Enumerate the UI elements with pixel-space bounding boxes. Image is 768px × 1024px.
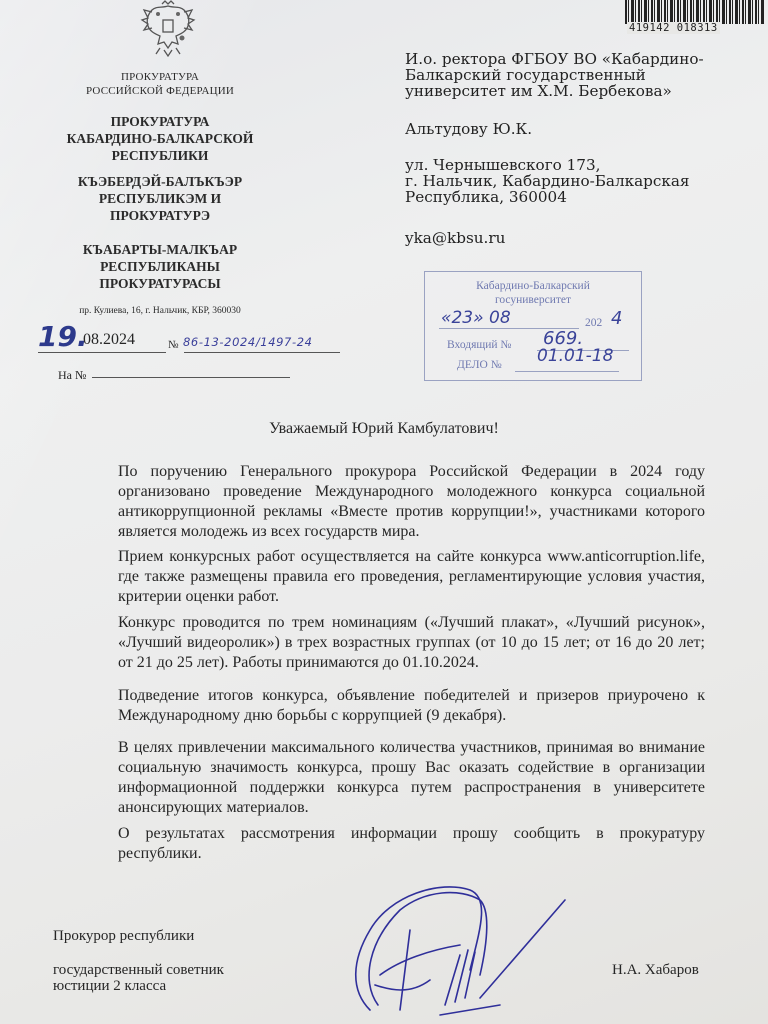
org-regional-blk-line1: КЪАБАРТЫ-МАЛКЪАР — [30, 241, 290, 258]
recipient-line3: университет им Х.М. Бербекова» — [405, 83, 704, 99]
stamp-case-label: ДЕЛО № — [457, 358, 527, 372]
org-regional-kab-line1: КЪЭБЕРДЭЙ-БАЛЪКЪЭР — [30, 173, 290, 190]
org-regional-ru-line2: КАБАРДИНО-БАЛКАРСКОЙ — [30, 130, 290, 147]
incoming-stamp: Кабардино-Балкарский госуниверситет «23»… — [424, 271, 642, 381]
paragraph-6-text: О результатах рассмотрения информации пр… — [55, 824, 705, 864]
stamp-org-line1: Кабардино-Балкарский — [425, 279, 641, 293]
number-sign: № — [168, 339, 179, 351]
paragraph-5: В целях привлечении максимального количе… — [55, 738, 705, 818]
stamp-case-underline — [515, 371, 619, 372]
recipient-line1: И.о. ректора ФГБОУ ВО «Кабардино- — [405, 51, 704, 67]
paragraph-3: Конкурс проводится по трем номинациям («… — [55, 613, 705, 673]
outgoing-number-handwritten: 86-13-2024/1497-24 — [183, 335, 313, 349]
recipient-name: Альтудову Ю.К. — [405, 121, 532, 137]
barcode — [625, 0, 765, 24]
signer-rank-line1: государственный советник — [53, 962, 224, 978]
stamp-case-number: 01.01-18 — [537, 346, 613, 366]
org-regional-ru-line3: РЕСПУБЛИКИ — [30, 147, 290, 164]
signer-rank-line2: юстиции 2 класса — [53, 978, 224, 994]
paragraph-3-text: Конкурс проводится по трем номинациям («… — [55, 613, 705, 673]
org-federal-line1: ПРОКУРАТУРА — [30, 70, 290, 84]
reply-to-underline — [92, 362, 290, 378]
org-regional-kab-line3: ПРОКУРАТУРЭ — [30, 207, 290, 224]
org-federal-line2: РОССИЙСКОЙ ФЕДЕРАЦИИ — [30, 84, 290, 98]
date-month-year: 08.2024 — [83, 331, 135, 349]
paragraph-4-text: Подведение итогов конкурса, объявление п… — [55, 686, 705, 726]
paragraph-1-text: По поручению Генерального прокурора Росс… — [55, 462, 705, 542]
stamp-incoming-label: Входящий № — [447, 338, 537, 352]
stamp-year-handwritten: 4 — [611, 308, 622, 329]
paragraph-6: О результатах рассмотрения информации пр… — [55, 824, 705, 864]
recipient-address-line1: ул. Чернышевского 173, — [405, 157, 690, 173]
barcode-number: 419142 018313 — [627, 22, 720, 34]
org-regional-ru-line1: ПРОКУРАТУРА — [30, 113, 290, 130]
reply-to-label: На № — [58, 368, 86, 383]
paragraph-2-text: Прием конкурсных работ осуществляется на… — [55, 547, 705, 607]
stamp-date-handwritten: «23» 08 — [441, 308, 511, 328]
signer-position: Прокурор республики — [53, 928, 194, 944]
paragraph-4: Подведение итогов конкурса, объявление п… — [55, 686, 705, 726]
recipient-address-line3: Республика, 360004 — [405, 189, 690, 205]
russian-coat-of-arms-icon — [136, 0, 200, 58]
date-day-handwritten: 19. — [38, 320, 88, 353]
org-regional-kab-line2: РЕСПУБЛИКЭМ И — [30, 190, 290, 207]
handwritten-signature-icon — [330, 880, 580, 1020]
recipient-address-line2: г. Нальчик, Кабардино-Балкарская — [405, 173, 690, 189]
org-regional-blk-line3: ПРОКУРАТУРАСЫ — [30, 275, 290, 292]
paragraph-2: Прием конкурсных работ осуществляется на… — [55, 547, 705, 607]
recipient-email: yka@kbsu.ru — [405, 230, 505, 246]
paragraph-1: По поручению Генерального прокурора Росс… — [55, 462, 705, 542]
sender-address: пр. Кулиева, 16, г. Нальчик, КБР, 360030 — [30, 305, 290, 317]
greeting: Уважаемый Юрий Камбулатович! — [0, 420, 768, 438]
stamp-org-line2: госуниверситет — [425, 293, 641, 307]
paragraph-5-text: В целях привлечении максимального количе… — [55, 738, 705, 818]
recipient-line2: Балкарский государственный — [405, 67, 704, 83]
signer-name: Н.А. Хабаров — [612, 962, 699, 978]
org-regional-blk-line2: РЕСПУБЛИКАНЫ — [30, 258, 290, 275]
